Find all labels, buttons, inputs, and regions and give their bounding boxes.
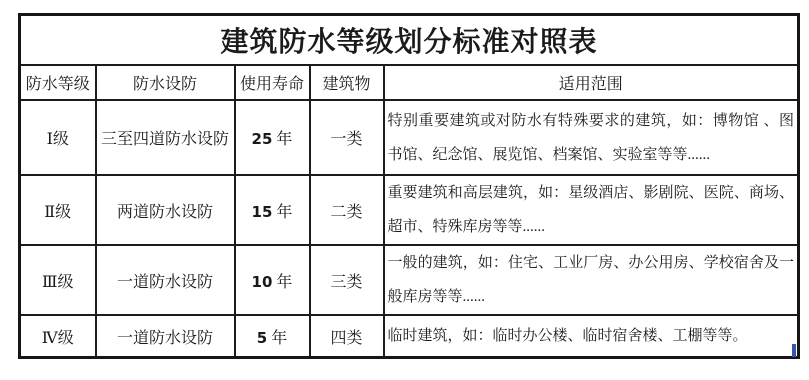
lifespan-unit: 年 bbox=[271, 330, 287, 347]
table-row: Ⅲ级 一道防水设防 10 年 三类 一般的建筑，如：住宅、工业厂房、办公用房、学… bbox=[20, 245, 799, 315]
lifespan-value: 5 bbox=[257, 329, 267, 347]
lifespan-cell: 5 年 bbox=[235, 315, 310, 358]
lifespan-unit: 年 bbox=[276, 204, 292, 221]
lifespan-cell: 15 年 bbox=[235, 175, 310, 245]
scope-cell: 临时建筑，如：临时办公楼、临时宿舍楼、工棚等等。 bbox=[384, 315, 799, 358]
table-row: Ⅰ级 三至四道防水设防 25 年 一类 特别重要建筑或对防水有特殊要求的建筑，如… bbox=[20, 100, 799, 175]
waterproof-grade-table: 建筑防水等级划分标准对照表 防水等级 防水设防 使用寿命 建筑物 适用范围 Ⅰ级… bbox=[18, 13, 800, 359]
building-class-cell: 一类 bbox=[310, 100, 384, 175]
grade-cell: Ⅲ级 bbox=[20, 245, 96, 315]
scope-cell: 一般的建筑，如：住宅、工业厂房、办公用房、学校宿舍及一般库房等等...... bbox=[384, 245, 799, 315]
table-title: 建筑防水等级划分标准对照表 bbox=[20, 15, 799, 66]
title-row: 建筑防水等级划分标准对照表 bbox=[20, 15, 799, 66]
lifespan-value: 15 bbox=[252, 203, 273, 221]
grade-cell: Ⅳ级 bbox=[20, 315, 96, 358]
fortification-cell: 一道防水设防 bbox=[96, 315, 235, 358]
fortification-cell: 一道防水设防 bbox=[96, 245, 235, 315]
building-class-cell: 四类 bbox=[310, 315, 384, 358]
header-fortification: 防水设防 bbox=[96, 65, 235, 100]
header-grade: 防水等级 bbox=[20, 65, 96, 100]
grade-cell: Ⅱ级 bbox=[20, 175, 96, 245]
header-row: 防水等级 防水设防 使用寿命 建筑物 适用范围 bbox=[20, 65, 799, 100]
fortification-cell: 三至四道防水设防 bbox=[96, 100, 235, 175]
lifespan-unit: 年 bbox=[276, 131, 292, 148]
building-class-cell: 二类 bbox=[310, 175, 384, 245]
lifespan-cell: 10 年 bbox=[235, 245, 310, 315]
scope-cell: 特别重要建筑或对防水有特殊要求的建筑，如：博物馆 、图书馆、纪念馆、展览馆、档案… bbox=[384, 100, 799, 175]
header-scope: 适用范围 bbox=[384, 65, 799, 100]
table-row: Ⅳ级 一道防水设防 5 年 四类 临时建筑，如：临时办公楼、临时宿舍楼、工棚等等… bbox=[20, 315, 799, 358]
grade-cell: Ⅰ级 bbox=[20, 100, 96, 175]
document-page: 建筑防水等级划分标准对照表 防水等级 防水设防 使用寿命 建筑物 适用范围 Ⅰ级… bbox=[0, 0, 809, 380]
table-row: Ⅱ级 两道防水设防 15 年 二类 重要建筑和高层建筑，如：星级酒店、影剧院、医… bbox=[20, 175, 799, 245]
lifespan-value: 25 bbox=[252, 130, 273, 148]
lifespan-value: 10 bbox=[252, 273, 273, 291]
lifespan-cell: 25 年 bbox=[235, 100, 310, 175]
blue-mark-artifact bbox=[792, 344, 796, 357]
header-lifespan: 使用寿命 bbox=[235, 65, 310, 100]
fortification-cell: 两道防水设防 bbox=[96, 175, 235, 245]
header-building: 建筑物 bbox=[310, 65, 384, 100]
building-class-cell: 三类 bbox=[310, 245, 384, 315]
lifespan-unit: 年 bbox=[276, 274, 292, 291]
scope-cell: 重要建筑和高层建筑，如：星级酒店、影剧院、医院、商场、超市、特殊库房等等....… bbox=[384, 175, 799, 245]
